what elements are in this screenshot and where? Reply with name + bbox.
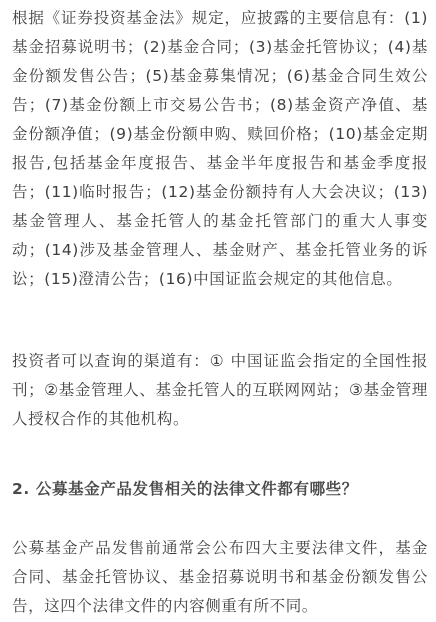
section-heading: 2. 公募基金产品发售相关的法律文件都有哪些？ — [12, 475, 428, 504]
disclosure-info-paragraph: 根据《证券投资基金法》规定，应披露的主要信息有：(1)基金招募说明书；(2)基金… — [12, 4, 428, 294]
query-channels-paragraph: 投资者可以查询的渠道有：① 中国证监会指定的全国性报刊；②基金管理人、基金托管人… — [12, 347, 428, 434]
legal-documents-paragraph: 公募基金产品发售前通常会公布四大主要法律文件，基金合同、基金托管协议、基金招募说… — [12, 534, 428, 621]
article-body: 根据《证券投资基金法》规定，应披露的主要信息有：(1)基金招募说明书；(2)基金… — [0, 0, 436, 622]
